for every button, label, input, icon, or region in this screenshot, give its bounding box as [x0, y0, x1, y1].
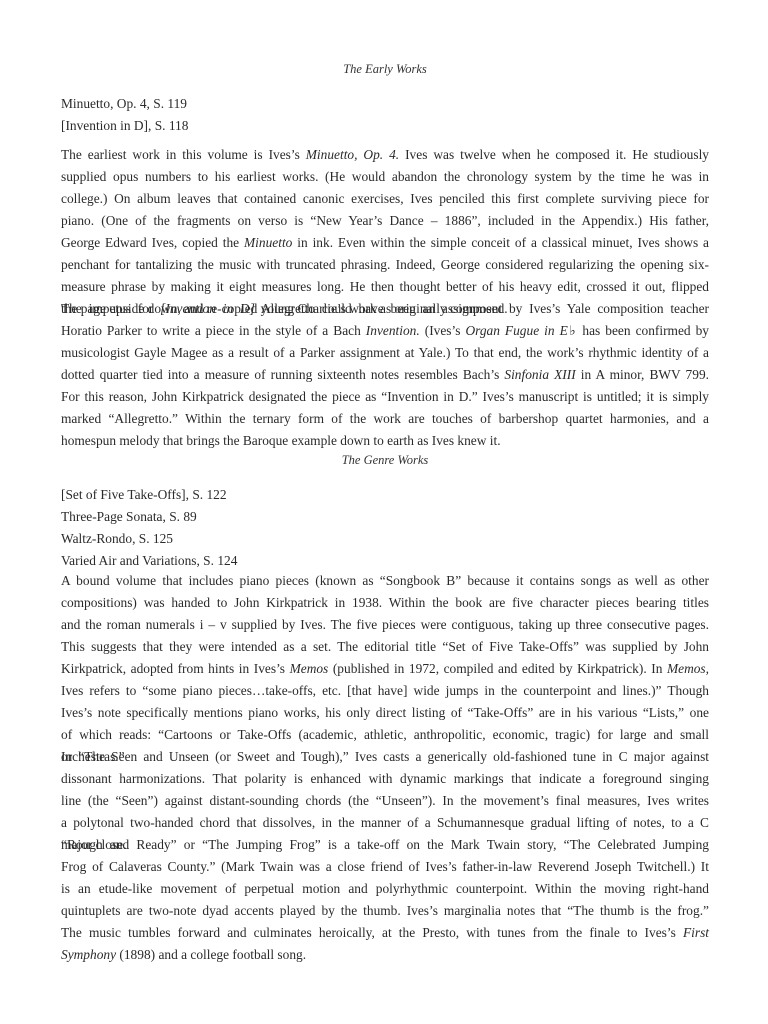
text-line: Kirkpatrick, adopted from hints in Ives’…	[61, 658, 709, 680]
text-line: For this reason, John Kirkpatrick design…	[61, 386, 709, 408]
text-line: Horatio Parker to write a piece in the s…	[61, 320, 709, 342]
italic-title: Minuetto, Op. 4.	[306, 147, 399, 162]
text-line: dotted quarter tied into a measure of ru…	[61, 364, 709, 386]
text-line: measure phrase by making it eight measur…	[61, 276, 709, 298]
italic-title: Minuetto	[244, 235, 292, 250]
work-title: [Set of Five Take-Offs], S. 122	[61, 484, 709, 506]
paragraph: A bound volume that includes piano piece…	[61, 570, 709, 768]
text-line: penchant for tantalizing the music with …	[61, 254, 709, 276]
italic-title: [Invention in D]	[160, 301, 255, 316]
text-line: Frog of Calaveras County.” (Mark Twain w…	[61, 856, 709, 878]
text-line: This suggests that they were intended as…	[61, 636, 709, 658]
text-line: of which reads: “Cartoons or Take-Offs (…	[61, 724, 709, 746]
paragraph: The earliest work in this volume is Ives…	[61, 144, 709, 320]
text-line: and the roman numerals i – v supplied by…	[61, 614, 709, 636]
text-line: marked “Allegretto.” Within the ternary …	[61, 408, 709, 430]
text-line: Ives’s note specifically mentions piano …	[61, 702, 709, 724]
text-line: The music tumbles forward and culminates…	[61, 922, 709, 944]
text-line: Ives refers to “some piano pieces…take-o…	[61, 680, 709, 702]
text-line: supplied opus numbers to his earliest wo…	[61, 166, 709, 188]
works-list-early: Minuetto, Op. 4, S. 119 [Invention in D]…	[61, 93, 709, 137]
paragraph: The impetus for [Invention in D] Allegre…	[61, 298, 709, 452]
italic-title: Symphony	[61, 947, 116, 962]
work-title: Minuetto, Op. 4, S. 119	[61, 93, 709, 115]
text-line: In “The Seen and Unseen (or Sweet and To…	[61, 746, 709, 768]
text-line: line (the “Seen”) against distant-soundi…	[61, 790, 709, 812]
section-heading-early-works: The Early Works	[61, 62, 709, 77]
text-line: quintuplets are two-note dyad accents pl…	[61, 900, 709, 922]
paragraph: “Rough and Ready” or “The Jumping Frog” …	[61, 834, 709, 966]
text-line: compositions) was handed to John Kirkpat…	[61, 592, 709, 614]
text-line: piano. (One of the fragments on verso is…	[61, 210, 709, 232]
text-line: George Edward Ives, copied the Minuetto …	[61, 232, 709, 254]
text-line: is an etude-like movement of perpetual m…	[61, 878, 709, 900]
text-line: “Rough and Ready” or “The Jumping Frog” …	[61, 834, 709, 856]
work-title: Waltz-Rondo, S. 125	[61, 528, 709, 550]
works-list-genre: [Set of Five Take-Offs], S. 122 Three-Pa…	[61, 484, 709, 572]
text-line: The impetus for [Invention in D] Allegre…	[61, 298, 709, 320]
text-line: a polytonal two-handed chord that dissol…	[61, 812, 709, 834]
italic-title: Sinfonia XIII	[504, 367, 575, 382]
italic-title: Organ Fugue in E♭	[465, 323, 577, 338]
work-title: [Invention in D], S. 118	[61, 115, 709, 137]
text-line: musicologist Gayle Magee as a result of …	[61, 342, 709, 364]
work-title: Varied Air and Variations, S. 124	[61, 550, 709, 572]
text-line: dissonant harmonizations. That polarity …	[61, 768, 709, 790]
italic-title: Invention.	[366, 323, 420, 338]
text-line: college.) On album leaves that contained…	[61, 188, 709, 210]
work-title: Three-Page Sonata, S. 89	[61, 506, 709, 528]
italic-title: Memos	[290, 661, 329, 676]
text-line: homespun melody that brings the Baroque …	[61, 430, 709, 452]
italic-title: First	[683, 925, 709, 940]
text-line: A bound volume that includes piano piece…	[61, 570, 709, 592]
text-line: The earliest work in this volume is Ives…	[61, 144, 709, 166]
text-line: Symphony (1898) and a college football s…	[61, 944, 709, 966]
italic-title: Memos,	[667, 661, 709, 676]
section-heading-genre-works: The Genre Works	[61, 453, 709, 468]
